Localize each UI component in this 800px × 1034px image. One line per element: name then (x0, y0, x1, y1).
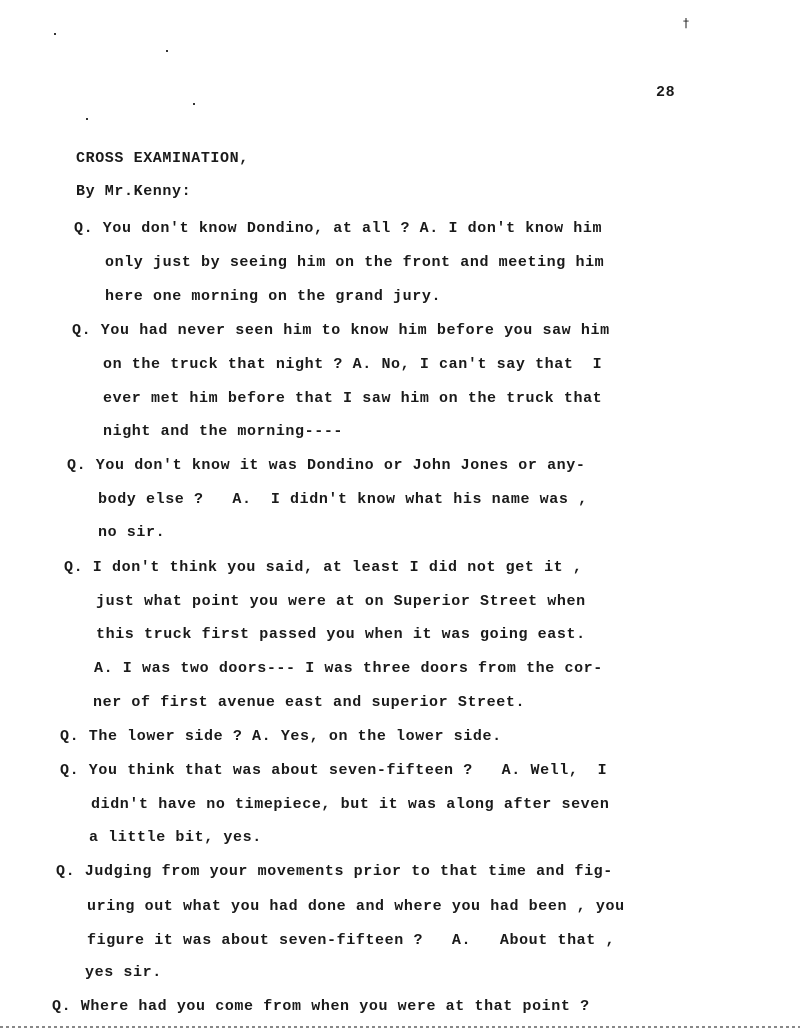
transcript-line: this truck first passed you when it was … (96, 626, 586, 644)
transcript-line: Q. You don't know it was Dondino or John… (67, 457, 585, 475)
transcript-line: Q. Where had you come from when you were… (52, 998, 590, 1016)
transcript-line: yes sir. (85, 964, 162, 982)
margin-mark: † (683, 16, 689, 30)
transcript-line: Q. You don't know Dondino, at all ? A. I… (74, 220, 602, 238)
transcript-line: uring out what you had done and where yo… (87, 898, 625, 916)
transcript-line: no sir. (98, 524, 165, 542)
speck (54, 33, 56, 35)
transcript-line: body else ? A. I didn't know what his na… (98, 491, 588, 509)
transcript-line: didn't have no timepiece, but it was alo… (91, 796, 609, 814)
transcript-line: Q. The lower side ? A. Yes, on the lower… (60, 728, 502, 746)
speck (193, 103, 195, 105)
transcript-page: † 28 CROSS EXAMINATION, By Mr.Kenny: Q. … (0, 0, 800, 1034)
transcript-line: a little bit, yes. (89, 829, 262, 847)
transcript-line: night and the morning---- (103, 423, 343, 441)
transcript-line: here one morning on the grand jury. (105, 288, 441, 306)
transcript-line: Q. You had never seen him to know him be… (72, 322, 610, 340)
transcript-line: A. I was two doors--- I was three doors … (94, 660, 603, 678)
speck (86, 118, 88, 120)
transcript-line: Q. Judging from your movements prior to … (56, 863, 613, 881)
transcript-line: Q. I don't think you said, at least I di… (64, 559, 582, 577)
speck (166, 50, 168, 52)
section-heading: CROSS EXAMINATION, (76, 150, 249, 168)
examiner-line: By Mr.Kenny: (76, 183, 191, 201)
page-number: 28 (656, 84, 675, 102)
transcript-line: on the truck that night ? A. No, I can't… (103, 356, 602, 374)
scan-edge (0, 1026, 800, 1028)
transcript-line: figure it was about seven-fifteen ? A. A… (87, 932, 615, 950)
transcript-line: only just by seeing him on the front and… (105, 254, 604, 272)
transcript-line: Q. You think that was about seven-fiftee… (60, 762, 607, 780)
transcript-line: just what point you were at on Superior … (96, 593, 586, 611)
transcript-line: ever met him before that I saw him on th… (103, 390, 602, 408)
transcript-line: ner of first avenue east and superior St… (93, 694, 525, 712)
